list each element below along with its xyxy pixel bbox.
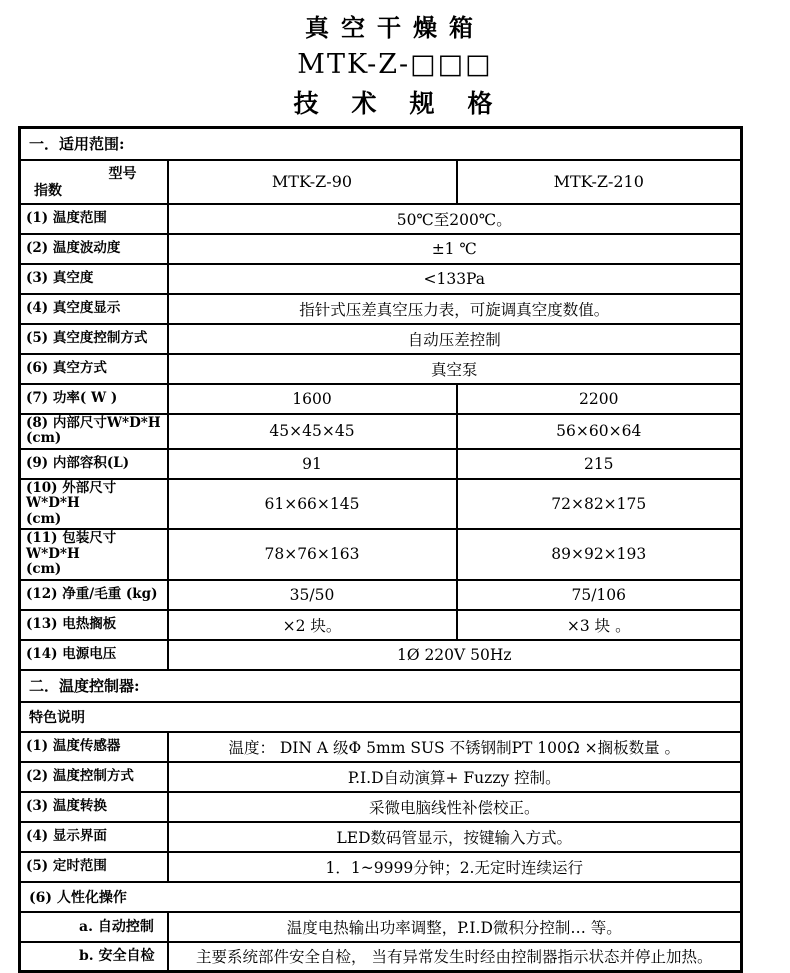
row-value-cell-model2: 215 [457, 449, 742, 479]
row-value-cell-model1: ×2 块。 [168, 610, 457, 640]
row-value-cell-model2: 2200 [457, 384, 742, 414]
table-row: 型号指数MTK-Z-90MTK-Z-210 [20, 160, 742, 204]
specification-table: 一．适用范围:型号指数MTK-Z-90MTK-Z-210(1) 温度范围50℃至… [18, 126, 743, 973]
table-row: (14) 电源电压1Ø 220V 50Hz [20, 640, 742, 670]
model-index-corner-cell: 型号指数 [20, 160, 168, 204]
row-label-cell: (1) 温度范围 [20, 204, 168, 234]
row-label-cell: (5) 真空度控制方式 [20, 324, 168, 354]
full-width-label-cell: 特色说明 [20, 702, 742, 732]
row-value-cell: ±1 ℃ [168, 234, 742, 264]
row-label-cell: b. 安全自检 [20, 942, 168, 972]
row-label-cell: (4) 显示界面 [20, 822, 168, 852]
row-value-cell-model2: 89×92×193 [457, 529, 742, 580]
full-width-label-cell: (6) 人性化操作 [20, 882, 742, 912]
corner-label-index: 指数 [34, 180, 62, 200]
table-row: (10) 外部尺寸W*D*H(cm)61×66×14572×82×175 [20, 479, 742, 530]
title-block: 真空干燥箱 MTK-Z-□□□ 技 术 规 格 [0, 0, 790, 120]
row-label-cell: (3) 真空度 [20, 264, 168, 294]
row-label-cell: (3) 温度转换 [20, 792, 168, 822]
table-row: (9) 内部容积(L)91215 [20, 449, 742, 479]
row-value-cell-model1: 61×66×145 [168, 479, 457, 530]
table-row: (3) 温度转换采微电脑线性补偿校正。 [20, 792, 742, 822]
row-value-cell-model1: 35/50 [168, 580, 457, 610]
table-row: (2) 温度波动度±1 ℃ [20, 234, 742, 264]
row-label-cell: (14) 电源电压 [20, 640, 168, 670]
row-label-cell: (7) 功率( W ) [20, 384, 168, 414]
row-label-cell: (5) 定时范围 [20, 852, 168, 882]
row-label-cell: a. 自动控制 [20, 912, 168, 942]
row-label-cell: (10) 外部尺寸W*D*H(cm) [20, 479, 168, 530]
row-value-cell: LED数码管显示，按键输入方式。 [168, 822, 742, 852]
row-value-cell-model1: 91 [168, 449, 457, 479]
row-label-cell: (6) 真空方式 [20, 354, 168, 384]
spec-document-page: 真空干燥箱 MTK-Z-□□□ 技 术 规 格 一．适用范围:型号指数MTK-Z… [0, 0, 790, 973]
row-label-cell: (9) 内部容积(L) [20, 449, 168, 479]
row-label-cell: (2) 温度控制方式 [20, 762, 168, 792]
row-value-cell: 指针式压差真空压力表，可旋调真空度数值。 [168, 294, 742, 324]
row-label-cell: (12) 净重/毛重 (kg) [20, 580, 168, 610]
table-row: (1) 温度范围50℃至200℃。 [20, 204, 742, 234]
row-label-cell: (1) 温度传感器 [20, 732, 168, 762]
specification-table-body: 一．适用范围:型号指数MTK-Z-90MTK-Z-210(1) 温度范围50℃至… [20, 128, 742, 972]
table-row: (3) 真空度<133Pa [20, 264, 742, 294]
row-value-cell-model2: 75/106 [457, 580, 742, 610]
section-heading: 二．温度控制器: [20, 670, 742, 702]
row-value-cell: <133Pa [168, 264, 742, 294]
row-value-cell: 温度电热输出功率调整，P.I.D微积分控制… 等。 [168, 912, 742, 942]
row-value-cell: 1．1~9999分钟；2.无定时连续运行 [168, 852, 742, 882]
row-value-cell: 主要系统部件安全自检， 当有异常发生时经由控制器指示状态并停止加热。 [168, 942, 742, 972]
row-value-cell: 采微电脑线性补偿校正。 [168, 792, 742, 822]
table-row: (11) 包装尺寸W*D*H(cm)78×76×16389×92×193 [20, 529, 742, 580]
table-row: (7) 功率( W )16002200 [20, 384, 742, 414]
table-row: (1) 温度传感器温度： DIN A 级Φ 5mm SUS 不锈钢制PT 100… [20, 732, 742, 762]
row-value-cell: 1Ø 220V 50Hz [168, 640, 742, 670]
document-subtitle: 技 术 规 格 [0, 84, 790, 120]
row-label-unit-line: (cm) [26, 431, 163, 447]
row-value-cell-model2: 72×82×175 [457, 479, 742, 530]
row-label-unit-line: (cm) [26, 562, 163, 578]
section-heading: 一．适用范围: [20, 128, 742, 160]
row-label-cell: (4) 真空度显示 [20, 294, 168, 324]
row-label-unit-line: (cm) [26, 512, 163, 528]
table-row: (4) 显示界面LED数码管显示，按键输入方式。 [20, 822, 742, 852]
document-model-number: MTK-Z-□□□ [0, 49, 790, 80]
row-value-cell-model2: ×3 块 。 [457, 610, 742, 640]
table-row: (5) 定时范围1．1~9999分钟；2.无定时连续运行 [20, 852, 742, 882]
model-column-header: MTK-Z-210 [457, 160, 742, 204]
table-row: (12) 净重/毛重 (kg)35/5075/106 [20, 580, 742, 610]
table-row: 特色说明 [20, 702, 742, 732]
table-row: a. 自动控制温度电热输出功率调整，P.I.D微积分控制… 等。 [20, 912, 742, 942]
row-value-cell-model1: 1600 [168, 384, 457, 414]
table-row: (6) 人性化操作 [20, 882, 742, 912]
table-row: (13) 电热搁板×2 块。×3 块 。 [20, 610, 742, 640]
table-row: b. 安全自检主要系统部件安全自检， 当有异常发生时经由控制器指示状态并停止加热… [20, 942, 742, 972]
table-row: 二．温度控制器: [20, 670, 742, 702]
row-value-cell: 真空泵 [168, 354, 742, 384]
row-value-cell: P.I.D自动演算+ Fuzzy 控制。 [168, 762, 742, 792]
row-value-cell-model1: 45×45×45 [168, 414, 457, 449]
document-title: 真空干燥箱 [0, 8, 790, 43]
row-label-cell: (8) 内部尺寸W*D*H(cm) [20, 414, 168, 449]
row-value-cell: 温度： DIN A 级Φ 5mm SUS 不锈钢制PT 100Ω ×搁板数量 。 [168, 732, 742, 762]
row-value-cell-model1: 78×76×163 [168, 529, 457, 580]
corner-label-model: 型号 [109, 163, 137, 183]
row-label-cell: (11) 包装尺寸W*D*H(cm) [20, 529, 168, 580]
row-value-cell: 自动压差控制 [168, 324, 742, 354]
model-column-header: MTK-Z-90 [168, 160, 457, 204]
table-row: (2) 温度控制方式P.I.D自动演算+ Fuzzy 控制。 [20, 762, 742, 792]
row-label-cell: (13) 电热搁板 [20, 610, 168, 640]
row-label-cell: (2) 温度波动度 [20, 234, 168, 264]
table-row: (4) 真空度显示指针式压差真空压力表，可旋调真空度数值。 [20, 294, 742, 324]
table-row: 一．适用范围: [20, 128, 742, 160]
row-value-cell-model2: 56×60×64 [457, 414, 742, 449]
table-row: (5) 真空度控制方式自动压差控制 [20, 324, 742, 354]
table-row: (6) 真空方式真空泵 [20, 354, 742, 384]
row-value-cell: 50℃至200℃。 [168, 204, 742, 234]
table-row: (8) 内部尺寸W*D*H(cm)45×45×4556×60×64 [20, 414, 742, 449]
